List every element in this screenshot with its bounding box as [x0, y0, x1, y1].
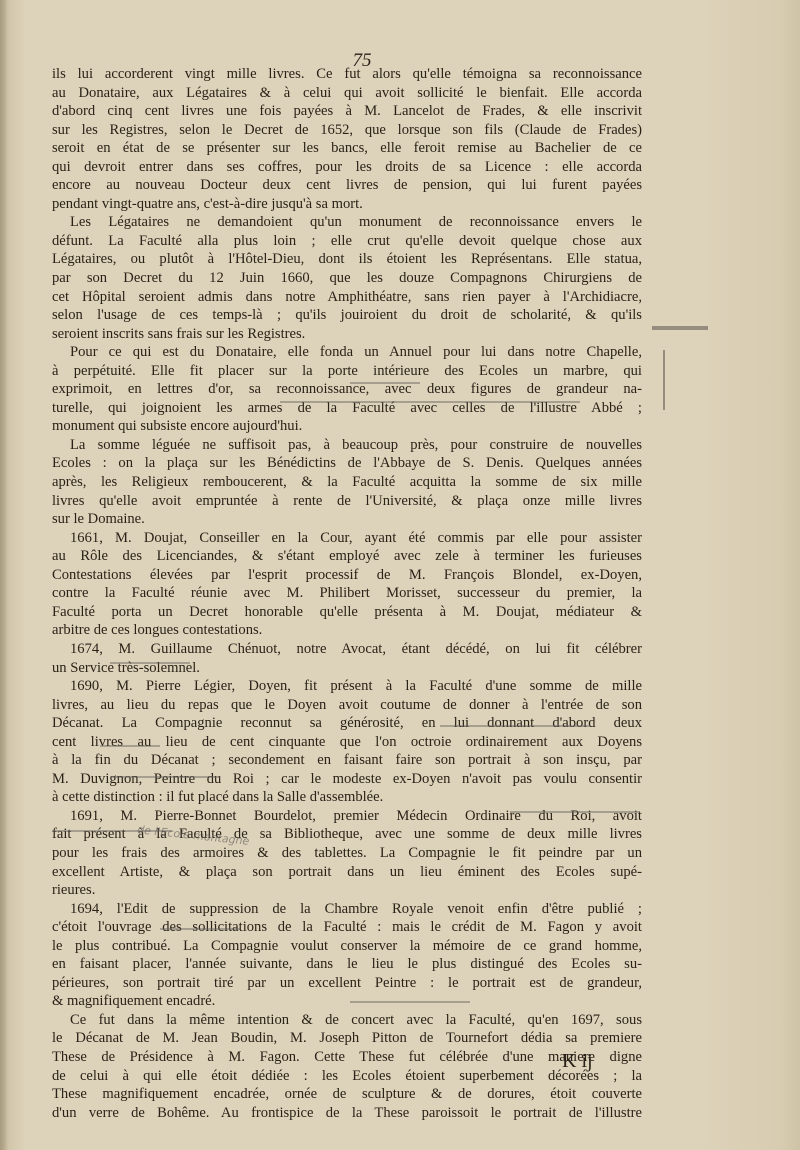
- signature-mark: K ij: [562, 1050, 593, 1073]
- text-line: périeures, son portrait tiré par un exce…: [52, 974, 642, 993]
- text-line: excellent Artiste, & plaça son portrait …: [52, 863, 642, 882]
- text-line: Ecoles : on la plaça sur les Bénédictins…: [52, 454, 642, 473]
- text-line: M. Duvignon, Peintre du Roi ; car le mod…: [52, 770, 642, 789]
- text-line: & magnifiquement encadré.: [52, 992, 642, 1011]
- text-line: pour les frais des armoires & des tablet…: [52, 844, 642, 863]
- text-line: sur le Domaine.: [52, 510, 642, 529]
- pencil-underline: [100, 745, 160, 747]
- text-line: seroit en état de se présenter sur les b…: [52, 139, 642, 158]
- text-line: à perpétuité. Elle fit placer sur la por…: [52, 362, 642, 381]
- text-line: livres qu'elle avoit empruntée à rente d…: [52, 492, 642, 511]
- pencil-underline: [110, 776, 220, 778]
- text-line: Décanat. La Compagnie reconnut sa généro…: [52, 714, 642, 733]
- pencil-underline: [52, 830, 172, 832]
- pencil-underline: [350, 382, 420, 384]
- pencil-underline: [510, 811, 640, 813]
- paragraph-start: 1674, M. Guillaume Chénuot, notre Avocat…: [52, 640, 642, 659]
- text-line: These de Présidence à M. Fagon. Cette Th…: [52, 1048, 642, 1067]
- text-line: d'abord cinq cent livres une fois payées…: [52, 102, 642, 121]
- pencil-dash-mark: [652, 326, 708, 330]
- text-line: qui devroit entrer dans ses coffres, pou…: [52, 158, 642, 177]
- text-line: par son Decret du 12 Juin 1660, que les …: [52, 269, 642, 288]
- paragraph-start: Pour ce qui est du Donataire, elle fonda…: [52, 343, 642, 362]
- text-line: Faculté porta un Decret honorable qu'ell…: [52, 603, 642, 622]
- paragraph-start: 1661, M. Doujat, Conseiller en la Cour, …: [52, 529, 642, 548]
- text-line: exprimoit, en lettres d'or, sa reconnois…: [52, 380, 642, 399]
- book-page: 75 ils lui accorderent vingt mille livre…: [0, 0, 800, 1150]
- text-line: Contestations élevées par l'esprit proce…: [52, 566, 642, 585]
- text-line: arbitre de ces longues contestations.: [52, 621, 642, 640]
- text-line: livres, au lieu du repas que le Doyen av…: [52, 696, 642, 715]
- pencil-underline: [350, 1001, 470, 1003]
- text-line: à la fin du Décanat ; secondement en fai…: [52, 751, 642, 770]
- pencil-underline: [110, 662, 190, 664]
- text-line: encore au nouveau Docteur deux cent livr…: [52, 176, 642, 195]
- text-line: de celui à qui elle étoit dédiée : les E…: [52, 1067, 642, 1086]
- text-line: ils lui accorderent vingt mille livres. …: [52, 65, 642, 84]
- pencil-underline: [160, 928, 240, 930]
- text-line: cent livres au lieu de cent cinquante qu…: [52, 733, 642, 752]
- text-line: au Donataire, aux Légataires & à celui q…: [52, 84, 642, 103]
- text-line: monument qui subsiste encore aujourd'hui…: [52, 417, 642, 436]
- text-line: en faisant placer, l'année suivante, dan…: [52, 955, 642, 974]
- text-line: selon l'usage de ces temps-là ; qu'ils j…: [52, 306, 642, 325]
- text-line: le plus contribué. La Compagnie voulut c…: [52, 937, 642, 956]
- text-line: cet Hôpital seroient admis dans notre Am…: [52, 288, 642, 307]
- paragraph-start: 1694, l'Edit de suppression de la Chambr…: [52, 900, 642, 919]
- text-line: c'étoit l'ouvrage des sollicitations de …: [52, 918, 642, 937]
- text-line: après, les Religieux remboucerent, & la …: [52, 473, 642, 492]
- text-line: pendant vingt-quatre ans, c'est-à-dire j…: [52, 195, 642, 214]
- text-line: These magnifiquement encadrée, ornée de …: [52, 1085, 642, 1104]
- pencil-underline: [280, 401, 580, 403]
- paragraph-start: La somme léguée ne suffisoit pas, à beau…: [52, 436, 642, 455]
- text-line: contre la Faculté réunie avec M. Philibe…: [52, 584, 642, 603]
- text-line: au Rôle des Licenciandes, & s'étant empl…: [52, 547, 642, 566]
- paragraph-start: Les Légataires ne demandoient qu'un monu…: [52, 213, 642, 232]
- paragraph-start: Ce fut dans la même intention & de conce…: [52, 1011, 642, 1030]
- pencil-underline: [440, 725, 590, 727]
- text-line: Légataires, ou plutôt à l'Hôtel-Dieu, do…: [52, 250, 642, 269]
- text-line: rieures.: [52, 881, 642, 900]
- text-line: seroient inscrits sans frais sur les Reg…: [52, 325, 642, 344]
- paragraph-start: 1690, M. Pierre Légier, Doyen, fit prése…: [52, 677, 642, 696]
- text-line: sur les Registres, selon le Decret de 16…: [52, 121, 642, 140]
- text-line: à cette distinction : il fut placé dans …: [52, 788, 642, 807]
- body-text: ils lui accorderent vingt mille livres. …: [52, 65, 642, 1122]
- pencil-margin-bracket: [663, 350, 665, 410]
- binding-gutter-shadow: [0, 0, 8, 1150]
- text-line: le Décanat de M. Jean Boudin, M. Joseph …: [52, 1029, 642, 1048]
- text-line: défunt. La Faculté alla plus loin ; elle…: [52, 232, 642, 251]
- text-line: d'un verre de Bohême. Au frontispice de …: [52, 1104, 642, 1123]
